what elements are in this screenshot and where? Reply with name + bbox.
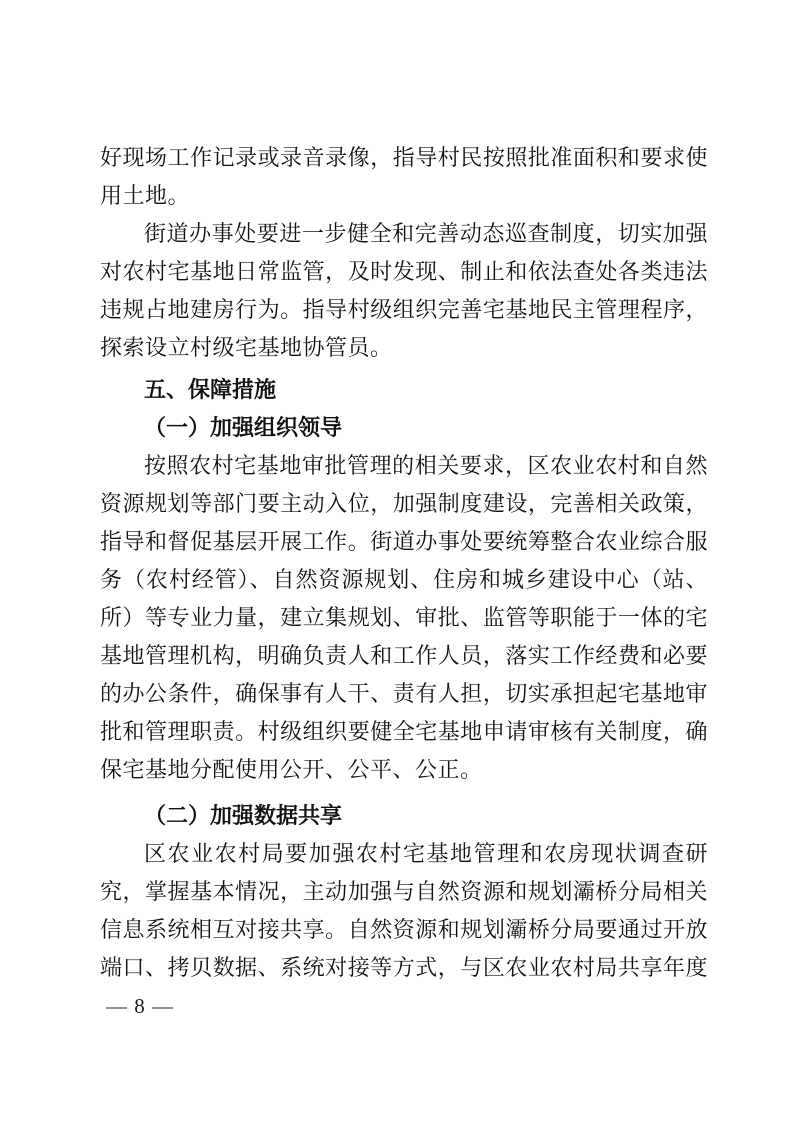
body-text-line: 街道办事处要进一步健全和完善动态巡查制度，切实加强 [100, 215, 708, 253]
body-text-line: 资源规划等部门要主动入位，加强制度建设，完善相关政策， [100, 485, 708, 523]
body-text-line: 对农村宅基地日常监管，及时发现、制止和依法查处各类违法 [100, 253, 708, 291]
section-heading: 五、保障措施 [100, 371, 708, 409]
body-text-line: 务（农村经管）、自然资源规划、住房和城乡建设中心（站、 [100, 561, 708, 599]
body-text-line: 按照农村宅基地审批管理的相关要求，区农业农村和自然 [100, 447, 708, 485]
page-number: — 8 — [106, 994, 174, 1019]
body-text-line: 保宅基地分配使用公开、公平、公正。 [100, 751, 708, 789]
document-page: 好现场工作记录或录音录像，指导村民按照批准面积和要求使 用土地。 街道办事处要进… [0, 0, 793, 1122]
body-text-line: 所）等专业力量，建立集规划、审批、监管等职能于一体的宅 [100, 599, 708, 637]
body-text-line: 指导和督促基层开展工作。街道办事处要统筹整合农业综合服 [100, 523, 708, 561]
body-text-line: 探索设立村级宅基地协管员。 [100, 329, 708, 367]
body-text-line: 基地管理机构，明确负责人和工作人员，落实工作经费和必要 [100, 637, 708, 675]
document-body: 好现场工作记录或录音录像，指导村民按照批准面积和要求使 用土地。 街道办事处要进… [100, 139, 708, 987]
body-text-line: 的办公条件，确保事有人干、责有人担，切实承担起宅基地审 [100, 675, 708, 713]
body-text-line: 究，掌握基本情况，主动加强与自然资源和规划灞桥分局相关 [100, 873, 708, 911]
body-text-line: 信息系统相互对接共享。自然资源和规划灞桥分局要通过开放 [100, 911, 708, 949]
body-text-line: 端口、拷贝数据、系统对接等方式，与区农业农村局共享年度 [100, 949, 708, 987]
body-text-line: 区农业农村局要加强农村宅基地管理和农房现状调查研 [100, 835, 708, 873]
body-text-line: 好现场工作记录或录音录像，指导村民按照批准面积和要求使 [100, 139, 708, 177]
subsection-heading: （二）加强数据共享 [100, 797, 708, 835]
body-text-line: 批和管理职责。村级组织要健全宅基地申请审核有关制度，确 [100, 713, 708, 751]
body-text-line: 违规占地建房行为。指导村级组织完善宅基地民主管理程序， [100, 291, 708, 329]
body-text-line: 用土地。 [100, 177, 708, 215]
subsection-heading: （一）加强组织领导 [100, 409, 708, 447]
